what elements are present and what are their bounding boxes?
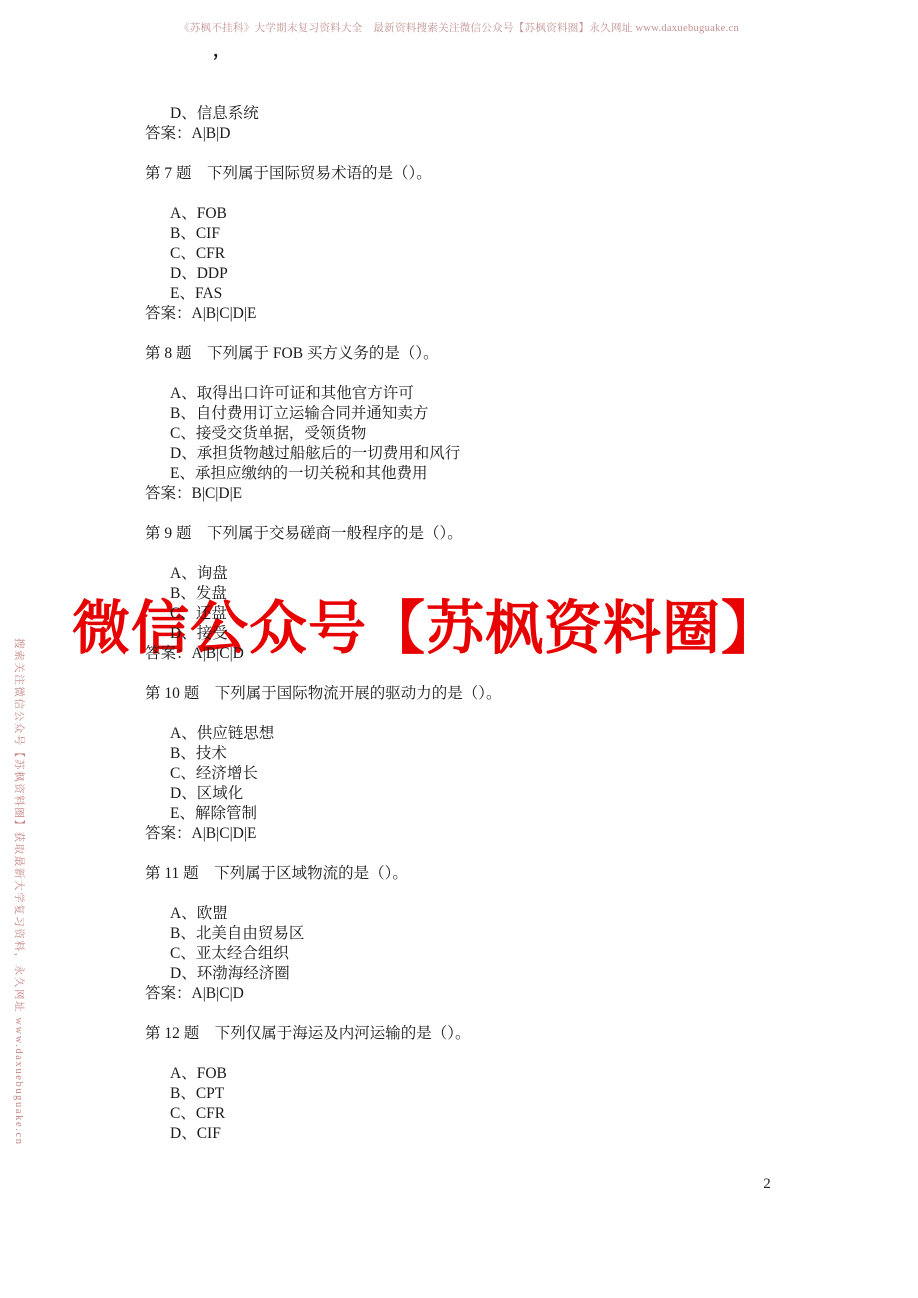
question-option: E、解除管制 [145,804,785,824]
answer-line: 答案：A|B|C|D [145,644,785,664]
question-title: 第 9 题 下列属于交易磋商一般程序的是（）。 [145,524,785,544]
question-option: D、区域化 [145,784,785,804]
question-option: D、CIF [145,1124,785,1144]
answer-line: 答案：A|B|C|D|E [145,824,785,844]
question-option: D、信息系统 [145,104,785,124]
question-list: 第 7 题 下列属于国际贸易术语的是（）。A、FOBB、CIFC、CFRD、DD… [145,164,785,184]
question-option: A、取得出口许可证和其他官方许可 [145,384,785,404]
answer-line: 答案：A|B|D [145,124,785,144]
question-option: A、FOB [145,1064,785,1084]
question-option: A、询盘 [145,564,785,584]
question-option: A、FOB [145,204,785,224]
question-option: D、环渤海经济圈 [145,964,785,984]
answer-line: 答案：A|B|C|D|E [145,304,785,324]
question-option: D、DDP [145,264,785,284]
question-option: A、供应链思想 [145,724,785,744]
side-watermark: 搜索关注微信公众号【苏枫资料圈】获取最新大学复习资料，永久网址 www.daxu… [12,638,27,1146]
question-option: B、CIF [145,224,785,244]
question-option: B、自付费用订立运输合同并通知卖方 [145,404,785,424]
question-option: B、发盘 [145,584,785,604]
question-option: C、亚太经合组织 [145,944,785,964]
answer-line: 答案：A|B|C|D [145,984,785,1004]
question-title: 第 12 题 下列仅属于海运及内河运输的是（）。 [145,1024,785,1044]
question-title: 第 8 题 下列属于 FOB 买方义务的是（）。 [145,344,785,364]
questions-content: D、信息系统 答案：A|B|D 第 7 题 下列属于国际贸易术语的是（）。A、F… [145,104,785,184]
question-option: E、承担应缴纳的一切关税和其他费用 [145,464,785,484]
page-number: 2 [752,1176,782,1193]
question-option: B、技术 [145,744,785,764]
question-option: C、CFR [145,244,785,264]
question-option: A、欧盟 [145,904,785,924]
question-option: D、接受 [145,624,785,644]
answer-line: 答案：B|C|D|E [145,484,785,504]
document-page: 《苏枫不挂科》大学期末复习资料大全 最新资料搜索关注微信公众号【苏枫资料圈】永久… [0,0,918,1298]
question-option: C、接受交货单据，受领货物 [145,424,785,444]
question-title: 第 10 题 下列属于国际物流开展的驱动力的是（）。 [145,684,785,704]
question-title: 第 7 题 下列属于国际贸易术语的是（）。 [145,164,785,184]
question-title: 第 11 题 下列属于区域物流的是（）。 [145,864,785,884]
question-option: E、FAS [145,284,785,304]
question-option: C、经济增长 [145,764,785,784]
question-option: C、还盘 [145,604,785,624]
question-option: B、北美自由贸易区 [145,924,785,944]
question-option: D、承担货物越过船舷后的一切费用和风行 [145,444,785,464]
question-option: C、CFR [145,1104,785,1124]
page-header-line: 《苏枫不挂科》大学期末复习资料大全 最新资料搜索关注微信公众号【苏枫资料圈】永久… [0,20,918,35]
stray-comma-text: ， [213,36,230,61]
question-option: B、CPT [145,1084,785,1104]
